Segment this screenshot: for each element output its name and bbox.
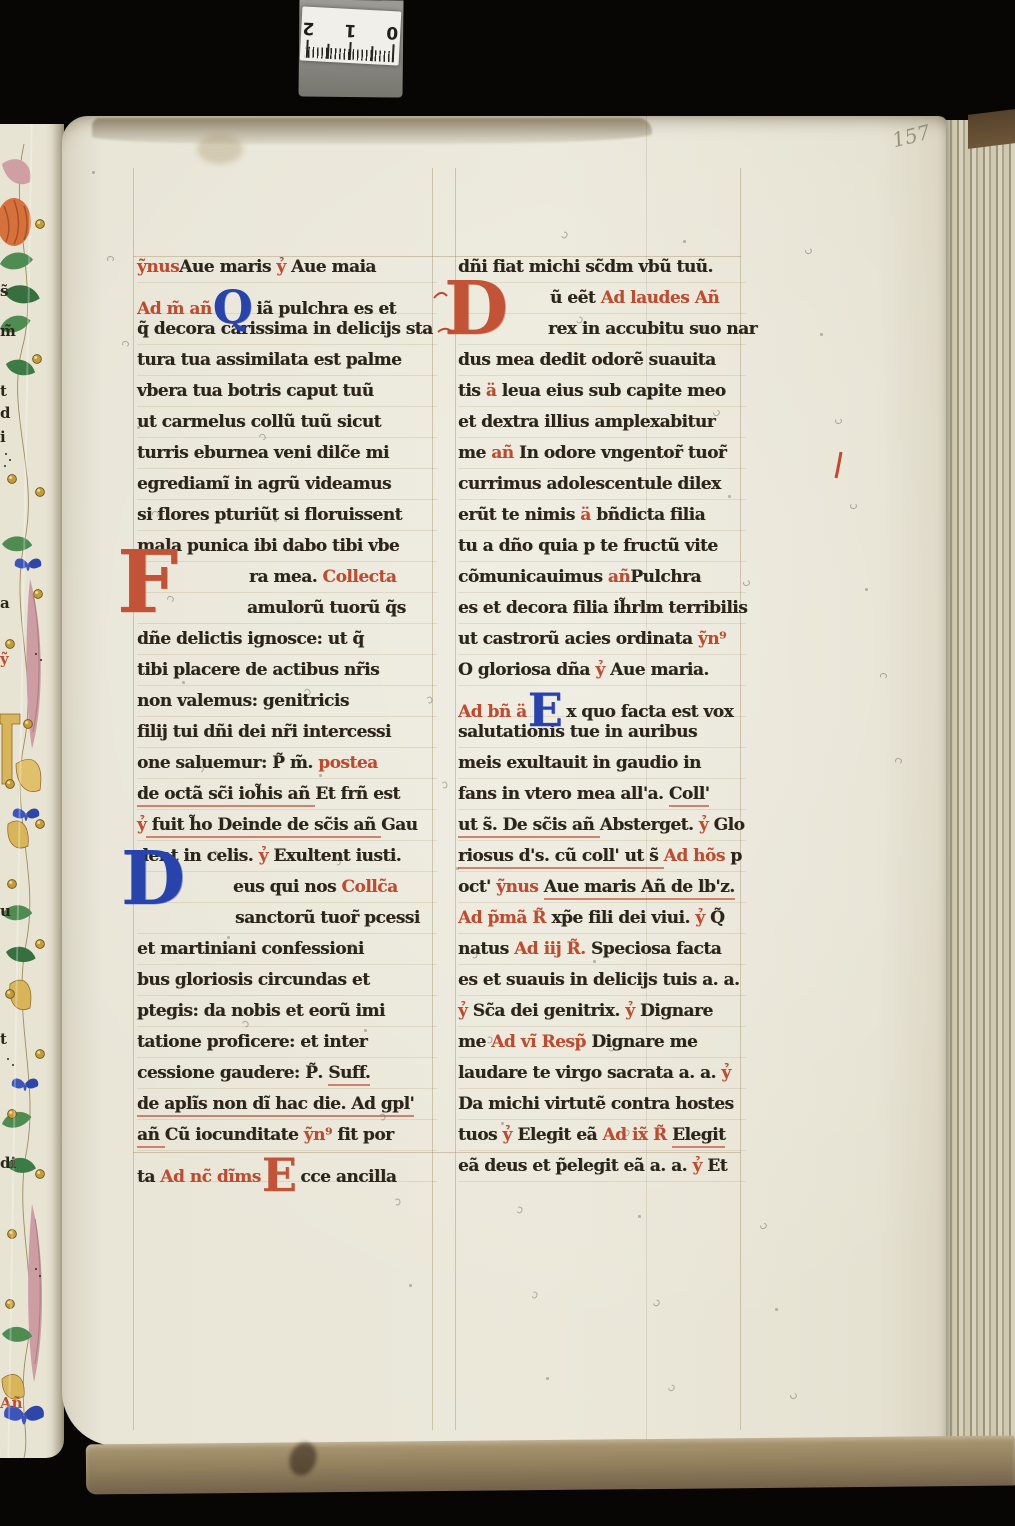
body-text: Sc̃a dei genitrix. <box>467 1001 625 1021</box>
speck <box>319 774 322 777</box>
rubric-text: ä <box>580 505 596 525</box>
body-text: dus mea dedit odorẽ suauita <box>458 350 716 370</box>
text-line: turris eburnea veni dilc̃e mi <box>137 438 437 469</box>
facing-letter-fragment: i <box>0 430 6 445</box>
body-text: vbera tua botris caput tuũ <box>137 381 374 401</box>
initial-letter: Q <box>213 292 253 322</box>
speck <box>652 1298 661 1307</box>
body-text: O gloriosa dña <box>458 660 595 680</box>
text-line: et dextra illius amplexabitur <box>458 407 746 438</box>
text-line: ta Ad nc̃ dĩmsEcce ancilla <box>137 1151 437 1182</box>
speck <box>441 781 448 789</box>
body-text: ta <box>137 1167 160 1187</box>
body-text: ra mea. <box>249 567 323 587</box>
illuminated-initial: F <box>117 540 178 626</box>
rubric-text: Ad p̃mã R̃ <box>458 908 551 928</box>
body-text: si flores pturiũt si floruissent <box>137 505 402 525</box>
speck <box>775 1308 778 1311</box>
body-text: fans in vtero mea all'a. <box>458 784 669 804</box>
speck <box>227 936 230 939</box>
body-text: riosus d's. cũ coll' ut s̃ <box>458 846 664 869</box>
text-line: non valemus: genitricis <box>137 686 437 717</box>
body-text: et martiniani confessioni <box>137 939 364 959</box>
ruler-number: 0 <box>386 22 399 43</box>
body-text: Et frñ est <box>315 784 400 804</box>
body-text: meis exultauit in gaudio in <box>458 753 701 773</box>
illuminated-initial: D <box>444 272 508 346</box>
text-line: si flores pturiũt si floruissent <box>137 500 437 531</box>
text-line: eã deus et p̃elegit eã a. a. ỷ Et <box>458 1151 746 1182</box>
text-line: ra mea. Collecta <box>137 562 437 593</box>
book-bottom-edge <box>86 1436 1015 1495</box>
body-text: sanctorũ tuor̃ pcessi <box>235 908 420 928</box>
illuminated-initial: D <box>121 842 185 916</box>
text-line: de aplĩs non dĩ hac die. Ad gpl' <box>137 1089 437 1120</box>
body-text: Q̃ <box>705 908 725 928</box>
text-line: tatione proficere: et inter <box>137 1027 437 1058</box>
speck <box>471 951 477 958</box>
rubric-text: ỷ <box>458 1001 467 1021</box>
body-text: es et decora filia ih̃rlm terribilis <box>458 598 747 618</box>
body-text: es et suauis in delicijs tuis a. a. <box>458 970 739 990</box>
body-text: Gau <box>381 815 417 835</box>
text-line: amulorũ tuorũ q̃s <box>137 593 437 624</box>
text-line: ut castrorũ acies ordinata ỹn⁹ <box>458 624 746 655</box>
body-text: currimus adolescentule dilex <box>458 474 721 494</box>
body-text: Pulchra <box>630 567 701 587</box>
text-line: cõmunicauimus añPulchra <box>458 562 746 593</box>
body-text: Elegit eã <box>512 1125 603 1145</box>
body-text: xp̃e fili dei viui. <box>551 908 695 928</box>
body-text: tu a dño quia p te fructũ vite <box>458 536 718 556</box>
text-line: natus Ad iij R̃. Speciosa facta <box>458 934 746 965</box>
facing-letter-fragment: t <box>0 384 7 399</box>
speck <box>667 1383 676 1392</box>
facing-letter-fragment: ỹ <box>0 652 9 667</box>
text-line: cessione gaudere: P̃. Suff. <box>137 1058 437 1089</box>
text-line: ỷ Sc̃a dei genitrix. ỷ Dignare <box>458 996 746 1027</box>
rubric-text: Collecta <box>323 567 397 587</box>
speck <box>137 426 140 429</box>
speck <box>593 960 596 963</box>
body-text: non valemus: genitricis <box>137 691 349 711</box>
speck <box>683 240 686 243</box>
text-line: añ Cũ iocunditate ỹn⁹ fit por <box>137 1120 437 1151</box>
body-text: De sc̃is añ <box>503 815 600 838</box>
body-text: tibi placere de actibus nr̃is <box>137 660 379 680</box>
facing-letter-fragment: a <box>0 596 10 611</box>
ruling-line-vertical <box>455 168 456 1430</box>
folio-number: 157 <box>889 120 932 153</box>
speck <box>182 681 185 684</box>
page-top-edge-smudge <box>92 118 652 144</box>
text-line: tura tua assimilata est palme <box>137 345 437 376</box>
text-line: oct' ỹnus Aue maris Añ de lb'z. <box>458 872 746 903</box>
speck <box>835 418 843 425</box>
text-line: tis ä leua eius sub capite meo <box>458 376 746 407</box>
text-line: et martiniani confessioni <box>137 934 437 965</box>
photo-backdrop: 0 1 2 <box>0 0 1015 1526</box>
text-line: me Ad vĩ Resp̃ Dignare me <box>458 1027 746 1058</box>
body-text: de aplĩs non dĩ hac die. Ad gpl' <box>137 1094 414 1117</box>
body-text: añ <box>137 1125 165 1148</box>
body-text: In odore vngentor̃ tuor̃ <box>519 443 726 463</box>
speck <box>759 1222 768 1231</box>
body-text: tuos <box>458 1125 503 1145</box>
text-line: es et decora filia ih̃rlm terribilis <box>458 593 746 624</box>
rubric-text: añ <box>491 443 519 463</box>
speck <box>364 1029 367 1032</box>
ruler-tick-cm <box>392 44 395 62</box>
speck <box>501 1122 504 1125</box>
text-line: laudare te virgo sacrata a. a. ỷ <box>458 1058 746 1089</box>
body-text: Aue maris <box>179 257 276 277</box>
ruler-numbers: 0 1 2 <box>301 13 401 42</box>
text-line: Ad m̃ añQiã pulchra es et <box>137 283 437 314</box>
rubric-text: ỷ <box>695 908 704 928</box>
rubric-text: Ad laudes Añ <box>601 288 720 308</box>
rubric-text: ỷ <box>595 660 604 680</box>
body-text: fit por <box>337 1125 393 1145</box>
rubric-text: ỷ <box>721 1063 730 1083</box>
speck <box>820 333 823 336</box>
rubric-text: Collc̃a <box>341 877 397 897</box>
body-text: ũ eẽt <box>550 288 601 308</box>
text-line: filij tui dñi dei nr̃i intercessi <box>137 717 437 748</box>
speck <box>638 1215 641 1218</box>
body-text: Aue maria. <box>605 660 709 680</box>
text-column-right: dñi fiat michi sc̃dm vbũ tuũ.ũ eẽt Ad la… <box>458 252 746 1182</box>
rubric-text: ỹn⁹ <box>304 1125 338 1145</box>
body-text: et dextra illius amplexabitur <box>458 412 715 432</box>
text-line: bus gloriosis circundas et <box>137 965 437 996</box>
body-text: Dignare <box>635 1001 713 1021</box>
text-line: vbera tua botris caput tuũ <box>137 376 437 407</box>
text-line: es et suauis in delicijs tuis a. a. <box>458 965 746 996</box>
body-text: p <box>730 846 741 866</box>
facing-page-sliver: s̃m̃tdiaỹutdiAñ <box>0 124 64 1458</box>
body-text: oct' <box>458 877 496 897</box>
body-text: Aue maia <box>286 257 376 277</box>
speck <box>531 1291 539 1300</box>
ruling-line-vertical <box>133 168 134 1430</box>
facing-letter-fragment: t <box>0 1032 7 1047</box>
text-line: Ad p̃mã R̃ xp̃e fili dei viui. ỷ Q̃ <box>458 903 746 934</box>
body-text: tis <box>458 381 486 401</box>
ruler-number: 1 <box>344 20 357 41</box>
body-text: laudare te virgo sacrata a. a. <box>458 1063 721 1083</box>
body-text: fuit h̃o Deinde de sc̃is añ <box>146 815 381 838</box>
body-text: q̃ decora carissima in delicijs sta <box>137 319 433 339</box>
facing-letter-fragment: Añ <box>0 1396 23 1411</box>
speck <box>394 1198 401 1206</box>
text-line: dñe delictis ignosce: ut q̃ <box>137 624 437 655</box>
speck <box>456 867 459 870</box>
body-text: me <box>458 443 491 463</box>
speck <box>122 340 130 347</box>
ruler-number: 2 <box>302 17 315 38</box>
body-text: one saluemur: P̃ m̃. <box>137 753 318 773</box>
facing-letter-fragment: m̃ <box>0 324 16 339</box>
text-line: riosus d's. cũ coll' ut s̃ Ad hõs p <box>458 841 746 872</box>
body-text: ut castrorũ acies ordinata <box>458 629 698 649</box>
body-text: Speciosa facta <box>591 939 721 959</box>
text-line: tuos ỷ Elegit eã Ad ix̃ R̃ Elegit <box>458 1120 746 1151</box>
text-line: currimus adolescentule dilex <box>458 469 746 500</box>
body-text: de octã sc̃i ioh̃is añ <box>137 784 315 807</box>
speck <box>850 503 857 509</box>
facing-letter-fragment: u <box>0 904 11 919</box>
rubric-text: ỹnus <box>137 257 179 277</box>
body-text: erũt te nimis <box>458 505 580 525</box>
speck <box>546 1377 549 1380</box>
speck <box>742 579 751 587</box>
body-text: ut s̃. <box>458 815 503 838</box>
initial-letter: E <box>528 695 563 725</box>
text-line: q̃ decora carissima in delicijs sta <box>137 314 437 345</box>
body-text: cõmunicauimus <box>458 567 608 587</box>
body-text: Da michi virtutẽ contra hostes <box>458 1094 734 1114</box>
scale-ruler: 0 1 2 <box>300 6 402 65</box>
speck <box>107 256 114 263</box>
body-text: ptegis: da nobis et eorũ imi <box>137 1001 385 1021</box>
rubric-text: ỷ <box>699 815 708 835</box>
text-line: one saluemur: P̃ m̃. postea <box>137 748 437 779</box>
body-text: ut carmelus collũ tuũ sicut <box>137 412 381 432</box>
body-text: Et <box>702 1156 727 1176</box>
rubric-text: ỷ <box>276 257 285 277</box>
speck <box>804 247 812 255</box>
text-line: de octã sc̃i ioh̃is añ Et frñ est <box>137 779 437 810</box>
text-line: tu a dño quia p te fructũ vite <box>458 531 746 562</box>
rubric-text: ỷ <box>259 846 268 866</box>
text-line: ut s̃. De sc̃is añ Absterget. ỷ Glo <box>458 810 746 841</box>
speck <box>880 673 888 680</box>
text-line: O gloriosa dña ỷ Aue maria. <box>458 655 746 686</box>
rubric-text: Ad nc̃ dĩms <box>160 1167 261 1187</box>
speck <box>516 1206 524 1214</box>
fore-edge-pages <box>946 120 1015 1472</box>
body-text: Cũ iocunditate <box>165 1125 304 1145</box>
speck <box>274 519 277 522</box>
text-line: erũt te nimis ä bñdicta filia <box>458 500 746 531</box>
speck <box>728 495 731 498</box>
rubric-text: Ad ix̃ R̃ <box>602 1125 672 1145</box>
rubric-text: ỷ <box>692 1156 701 1176</box>
page-stain <box>197 134 243 164</box>
rubric-text: ỹnus <box>496 877 544 897</box>
body-text: leua eius sub capite meo <box>502 381 726 401</box>
rubric-text: ỹn⁹ <box>698 629 726 649</box>
text-line: Da michi virtutẽ contra hostes <box>458 1089 746 1120</box>
manuscript-page: 157 ỹnusAue maris ỷ Aue maiaAd m̃ añQiã … <box>62 116 948 1446</box>
body-text: eã deus et p̃elegit eã a. a. <box>458 1156 692 1176</box>
book-top-edge <box>968 109 1015 149</box>
body-text: Absterget. <box>600 815 699 835</box>
text-line: me añ In odore vngentor̃ tuor̃ <box>458 438 746 469</box>
initial-letter: E <box>262 1160 297 1190</box>
text-line: Ad bñ äEx quo facta est vox <box>458 686 746 717</box>
body-text: Coll' <box>669 784 710 807</box>
text-line: egrediamĩ in agrũ videamus <box>137 469 437 500</box>
facing-letter-fragment: d <box>0 406 11 421</box>
body-text: cce ancilla <box>300 1167 396 1187</box>
text-line: fans in vtero mea all'a. Coll' <box>458 779 746 810</box>
body-text: filij tui dñi dei nr̃i intercessi <box>137 722 391 742</box>
rubric-text: ỷ <box>625 1001 634 1021</box>
speck <box>409 1284 412 1287</box>
text-line: meis exultauit in gaudio in <box>458 748 746 779</box>
body-text: bus gloriosis circundas et <box>137 970 370 990</box>
speck <box>560 230 569 239</box>
body-text: cessione gaudere: P̃. <box>137 1063 328 1083</box>
body-text: turris eburnea veni dilc̃e mi <box>137 443 389 463</box>
body-text: Elegit <box>672 1125 725 1148</box>
text-line: ptegis: da nobis et eorũ imi <box>137 996 437 1027</box>
body-text: bñdicta filia <box>596 505 705 525</box>
speck <box>894 757 902 764</box>
rubric-text: ỷ <box>503 1125 512 1145</box>
text-line: mala punica ibi dabo tibi vbe <box>137 531 437 562</box>
rubric-text: Ad iij R̃. <box>514 939 591 959</box>
speck <box>92 171 95 174</box>
speck <box>865 588 868 591</box>
body-text: egrediamĩ in agrũ videamus <box>137 474 391 494</box>
body-text: tatione proficere: et inter <box>137 1032 367 1052</box>
body-text: natus <box>458 939 514 959</box>
rubric-text: ä <box>486 381 502 401</box>
body-text: Suff. <box>328 1063 370 1086</box>
rubric-text: Ad vĩ Resp̃ <box>491 1032 591 1052</box>
speck <box>789 1392 798 1400</box>
text-column-left: ỹnusAue maris ỷ Aue maiaAd m̃ añQiã pulc… <box>137 252 437 1182</box>
rubric-text: añ <box>608 567 630 587</box>
rubric-text: Ad hõs <box>664 846 731 866</box>
body-text: tura tua assimilata est palme <box>137 350 401 370</box>
body-text: Aue maris Añ de lb'z. <box>544 877 735 900</box>
body-text: salutationis tue in auribus <box>458 722 697 742</box>
body-text: eus qui nos <box>233 877 341 897</box>
body-text: Glo <box>708 815 744 835</box>
facing-letter-fragment: s̃ <box>0 284 8 299</box>
rubric-text: postea <box>318 753 377 773</box>
rubric-text: ỷ <box>137 815 146 835</box>
text-line: ỹnusAue maris ỷ Aue maia <box>137 252 437 283</box>
body-text: amulorũ tuorũ q̃s <box>247 598 406 618</box>
text-line: ut carmelus collũ tuũ sicut <box>137 407 437 438</box>
